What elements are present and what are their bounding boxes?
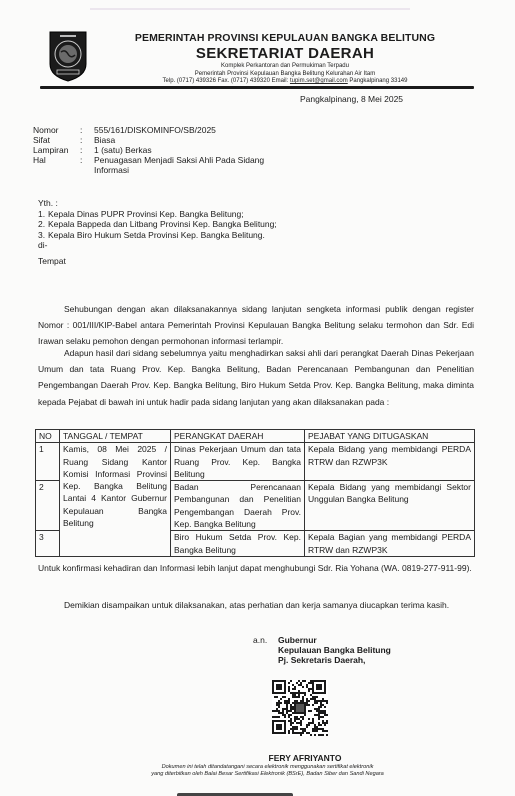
- body-paragraph-3: Untuk konfirmasi kehadiran dan Informasi…: [38, 560, 474, 577]
- letterhead-divider: [40, 86, 474, 89]
- meta-separator: :: [80, 145, 94, 155]
- paragraph-text: Untuk konfirmasi kehadiran dan Informasi…: [38, 563, 472, 573]
- email-link[interactable]: tupim.set@gmail.com: [290, 78, 348, 84]
- meta-row-nomor: Nomor:555/161/DISKOMINFO/SB/2025: [33, 125, 274, 135]
- paragraph-text: Adapun hasil dari sidang sebelumnya yait…: [38, 348, 474, 407]
- cell-no: 2: [36, 481, 60, 531]
- meta-label: Sifat: [33, 135, 80, 145]
- meta-label: Hal: [33, 155, 80, 175]
- column-header-no: NO: [36, 430, 60, 443]
- addressee-di: di-: [38, 240, 278, 251]
- cell-perangkat: Biro Hukum Setda Prov. Kep. Bangka Belit…: [171, 531, 305, 557]
- provincial-crest-icon: [48, 30, 88, 82]
- schedule-table: NO TANGGAL / TEMPAT PERANGKAT DAERAH PEJ…: [35, 429, 475, 557]
- table-row: 1 Kamis, 08 Mei 2025 / Ruang Sidang Kant…: [36, 443, 475, 481]
- column-header-perangkat-daerah: PERANGKAT DAERAH: [171, 430, 305, 443]
- letter-meta: Nomor:555/161/DISKOMINFO/SB/2025 Sifat:B…: [33, 125, 274, 175]
- body-paragraph-1: Sehubungan dengan akan dilaksanakannya s…: [38, 301, 474, 350]
- addressee-number: 2.: [38, 219, 48, 230]
- body-paragraph-2: Adapun hasil dari sidang sebelumnya yait…: [38, 345, 474, 410]
- address-line-2: Pemerintah Provinsi Kepulauan Bangka Bel…: [105, 71, 465, 79]
- cell-pejabat: Kepala Bidang yang membidangi PERDA RTRW…: [305, 443, 475, 481]
- body-paragraph-4: Demikian disampaikan untuk dilaksanakan,…: [38, 597, 474, 614]
- on-behalf-label: a.n.: [253, 635, 278, 645]
- letterhead: PEMERINTAH PROVINSI KEPULAUAN BANGKA BEL…: [105, 32, 465, 86]
- meta-separator: :: [80, 155, 94, 175]
- table-header-row: NO TANGGAL / TEMPAT PERANGKAT DAERAH PEJ…: [36, 430, 475, 443]
- addressee-number: 1.: [38, 209, 48, 220]
- signatory-title-3: Pj. Sekretaris Daerah,: [278, 655, 365, 665]
- addressee-list: 1.Kepala Dinas PUPR Provinsi Kep. Bangka…: [38, 209, 278, 241]
- paragraph-text: Demikian disampaikan untuk dilaksanakan,…: [64, 600, 449, 610]
- column-header-tanggal-tempat: TANGGAL / TEMPAT: [60, 430, 171, 443]
- signer-name: FERY AFRIYANTO: [0, 753, 515, 763]
- e-signature-footer: Dokumen ini telah ditandatangani secara …: [0, 764, 515, 778]
- meta-row-lampiran: Lampiran:1 (satu) Berkas: [33, 145, 274, 155]
- cell-perangkat: Badan Perencanaan Pembangunan dan Peneli…: [171, 481, 305, 531]
- signatory-title-2: Kepulauan Bangka Belitung: [278, 645, 391, 655]
- addressee-item: 2.Kepala Bappeda dan Litbang Provinsi Ke…: [38, 219, 278, 230]
- office-name: SEKRETARIAT DAERAH: [105, 45, 465, 62]
- meta-row-sifat: Sifat:Biasa: [33, 135, 274, 145]
- addressee-block: Yth. : 1.Kepala Dinas PUPR Provinsi Kep.…: [38, 198, 278, 266]
- meta-value: Biasa: [94, 135, 274, 145]
- cell-pejabat: Kepala Bidang yang membidangi Sektor Ung…: [305, 481, 475, 531]
- addressee-text: Kepala Bappeda dan Litbang Provinsi Kep.…: [48, 219, 278, 230]
- letter-page: PEMERINTAH PROVINSI KEPULAUAN BANGKA BEL…: [0, 0, 515, 796]
- cell-tanggal-tempat: Kamis, 08 Mei 2025 / Ruang Sidang Kantor…: [60, 443, 171, 557]
- meta-separator: :: [80, 135, 94, 145]
- meta-value: 555/161/DISKOMINFO/SB/2025: [94, 125, 274, 135]
- addressee-greeting: Yth. :: [38, 198, 278, 209]
- meta-label: Lampiran: [33, 145, 80, 155]
- letter-date: Pangkalpinang, 8 Mei 2025: [300, 94, 403, 104]
- footer-line-2: yang diterbitkan oleh Balai Besar Sertif…: [20, 771, 515, 778]
- signatory-title-1: Gubernur: [278, 635, 317, 645]
- paragraph-text: Sehubungan dengan akan dilaksanakannya s…: [38, 304, 474, 346]
- scan-artifact-strip: [90, 8, 410, 10]
- footer-line-1: Dokumen ini telah ditandatangani secara …: [20, 764, 515, 771]
- contact-phone-fax: Telp. (0717) 439326 Fax. (0717) 439320 E…: [163, 78, 290, 84]
- government-name: PEMERINTAH PROVINSI KEPULAUAN BANGKA BEL…: [105, 32, 465, 44]
- contact-city: Pangkalpinang 33149: [348, 78, 408, 84]
- cell-no: 1: [36, 443, 60, 481]
- addressee-item: 3.Kepala Biro Hukum Setda Provinsi Kep. …: [38, 230, 278, 241]
- meta-row-hal: Hal:Penuagasan Menjadi Saksi Ahli Pada S…: [33, 155, 274, 175]
- addressee-tempat: Tempat: [38, 256, 278, 267]
- cell-perangkat: Dinas Pekerjaan Umum dan tata Ruang Prov…: [171, 443, 305, 481]
- contact-line: Telp. (0717) 439326 Fax. (0717) 439320 E…: [105, 78, 465, 86]
- qr-code-icon: [272, 680, 328, 736]
- cell-pejabat: Kepala Bagian yang membidangi PERDA RTRW…: [305, 531, 475, 557]
- cell-no: 3: [36, 531, 60, 557]
- column-header-pejabat: PEJABAT YANG DITUGASKAN: [305, 430, 475, 443]
- signature-block: a.n.Gubernur Kepulauan Bangka Belitung P…: [253, 635, 391, 665]
- addressee-text: Kepala Dinas PUPR Provinsi Kep. Bangka B…: [48, 209, 278, 220]
- address-line-1: Komplek Perkantoran dan Permukiman Terpa…: [105, 63, 465, 71]
- addressee-number: 3.: [38, 230, 48, 241]
- addressee-text: Kepala Biro Hukum Setda Provinsi Kep. Ba…: [48, 230, 278, 241]
- meta-separator: :: [80, 125, 94, 135]
- meta-label: Nomor: [33, 125, 80, 135]
- meta-value: 1 (satu) Berkas: [94, 145, 274, 155]
- addressee-item: 1.Kepala Dinas PUPR Provinsi Kep. Bangka…: [38, 209, 278, 220]
- meta-value: Penuagasan Menjadi Saksi Ahli Pada Sidan…: [94, 155, 274, 175]
